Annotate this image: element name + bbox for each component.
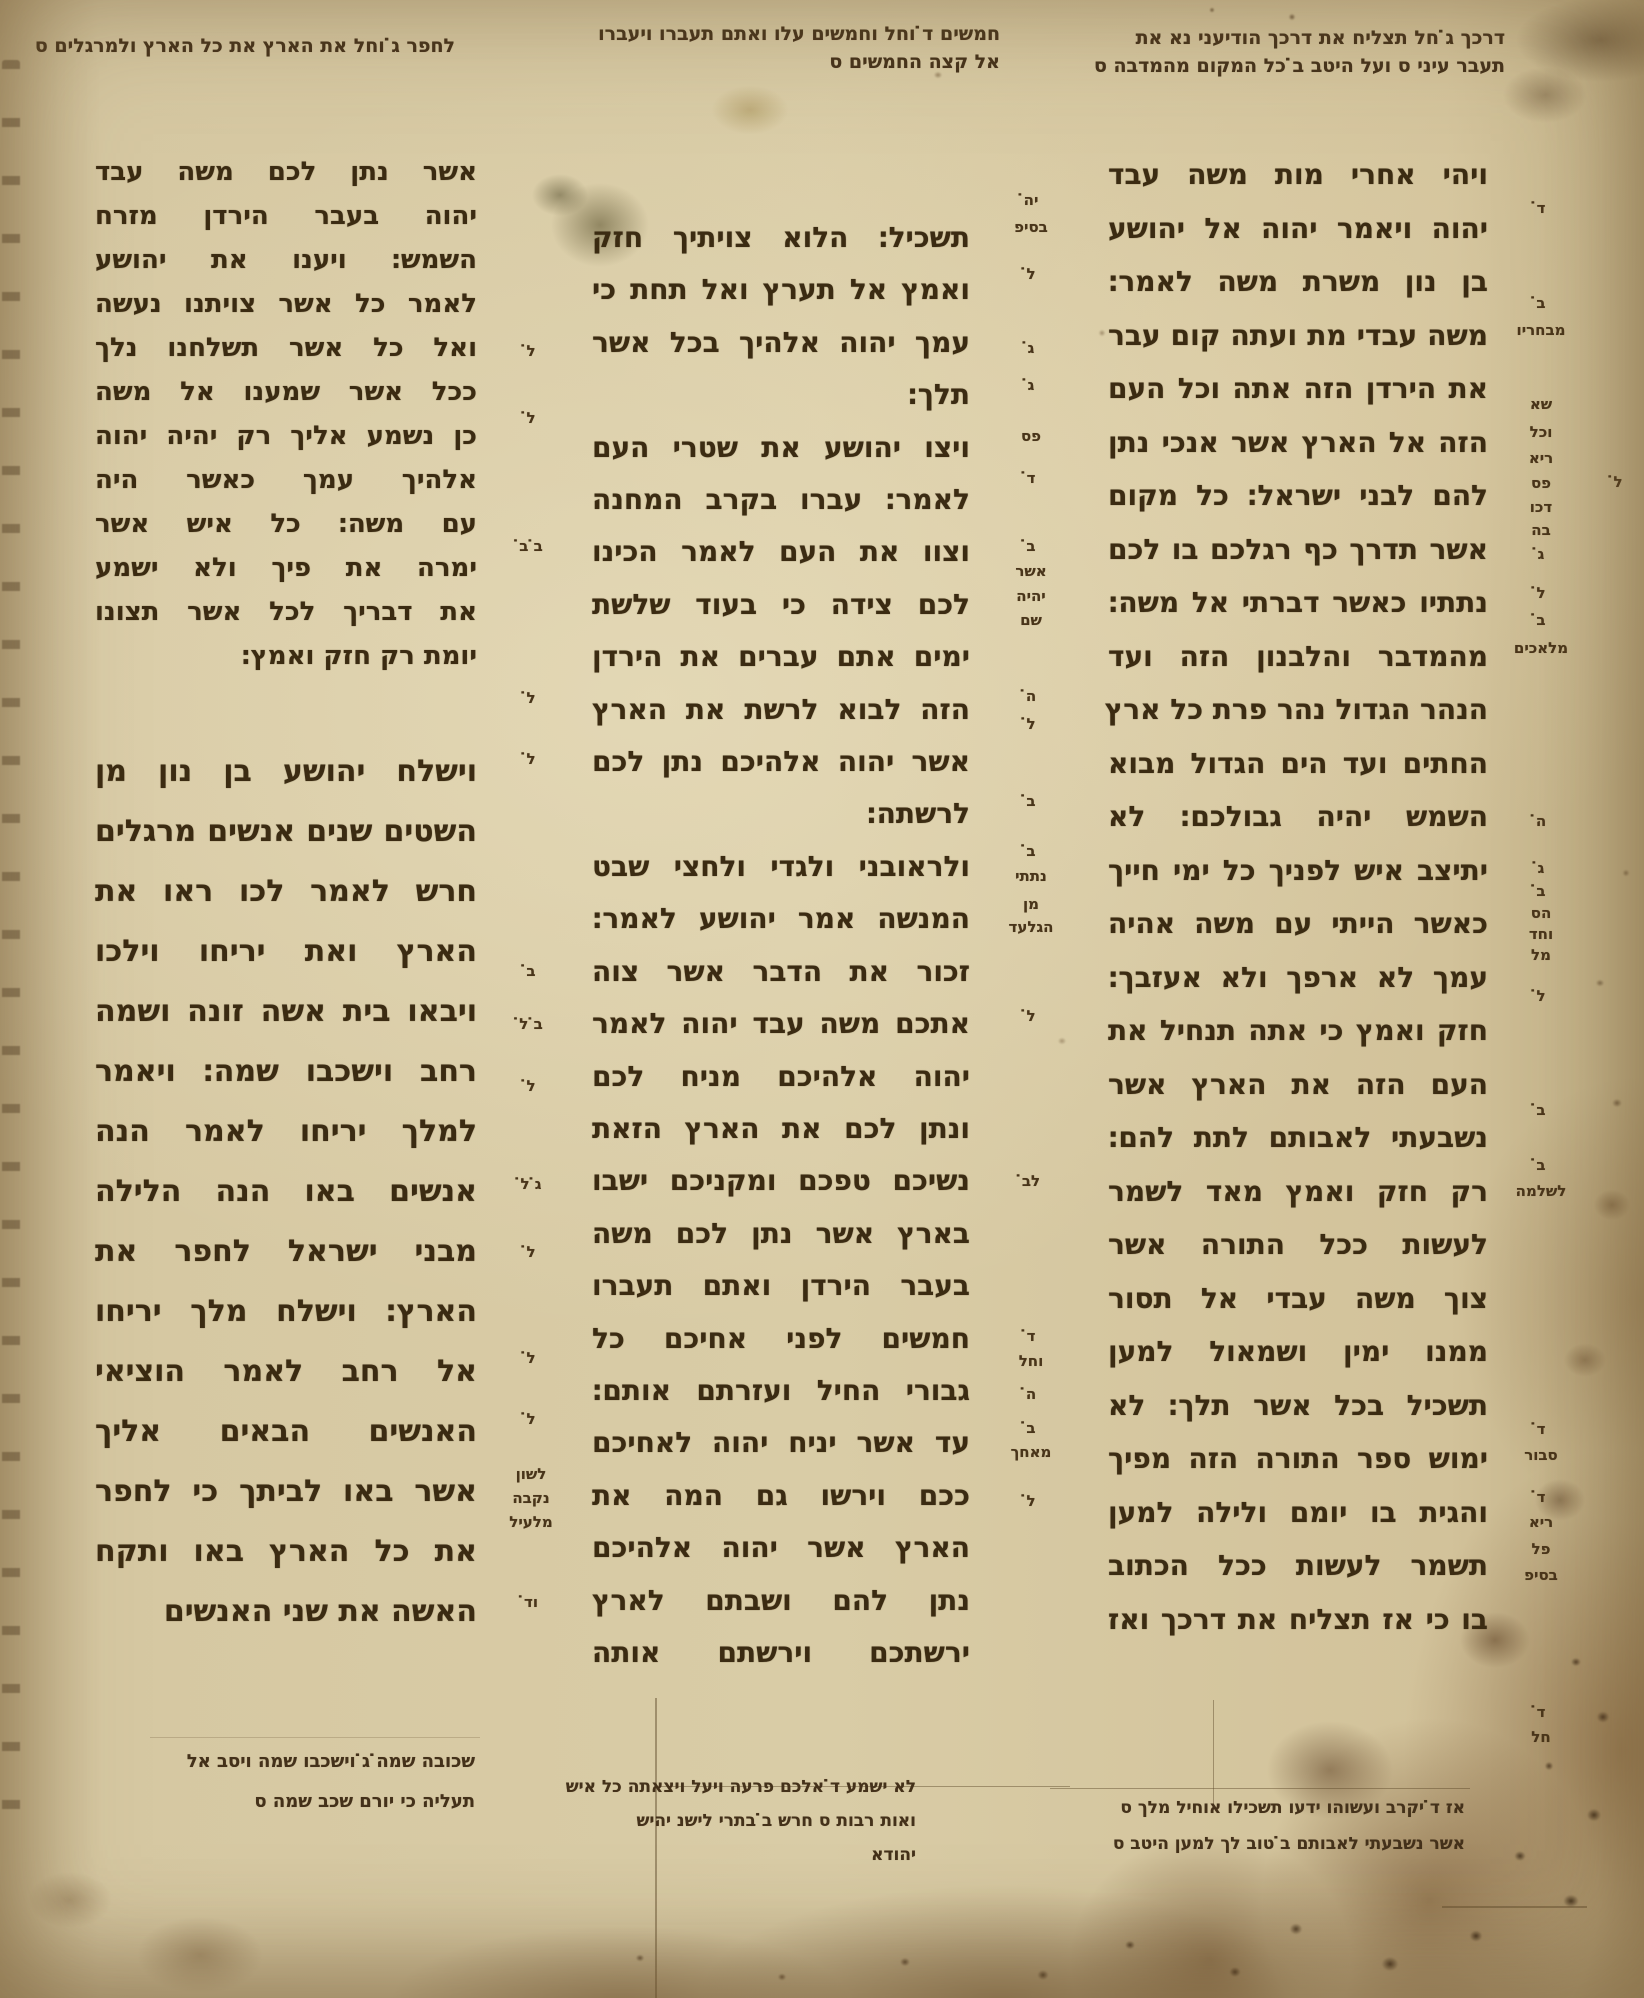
masorah-parva-note: ה̇ [1026,688,1036,705]
text-line: אשר תדרך כף רגלכם בו לכם [1108,523,1488,577]
masorah-parva-note: נתתי [1015,868,1047,885]
bottom-masorah-right: אז ד̇ יקרב ועשוהו ידעו תשכילו אוחיל מלך … [1035,1790,1465,1862]
masorah-parva-note: ב̇ ל̇ [519,1016,542,1033]
text-line: ונתן לכם את הארץ הזאת [592,1103,970,1155]
masorah-parva-note: דכו [1530,499,1552,516]
masorah-parva-note: יה̇ [1024,192,1039,209]
masorah-parva-note: ג̇ [1028,377,1035,394]
text-line: לכם צידה כי בעוד שלשת [592,579,970,631]
masorah-magna-line: ואות רבות ס חרש ב̇ בתרי לישנ יהיש [598,1804,916,1838]
text-line: תשכיל׃ הלוא צויתיך חזק [592,212,970,264]
masorah-parva-note: ה̇ [1536,813,1546,830]
text-line: תשמר לעשות ככל הכתוב [1108,1539,1488,1593]
masorah-magna-line: דרכך ג̇ חל תצליח את דרכך הודיעני נא את [1000,24,1505,52]
masorah-parva-note: הגלעד [1009,919,1054,936]
text-line: משה עבדי מת ועתה קום עבר [1108,309,1488,363]
text-line: גבורי החיל ועזרתם אותם׃ [592,1365,970,1417]
masorah-magna-line: תעבר עיני ס ועל היטב ב̇ כל המקום מהמדבה … [1000,52,1505,80]
masorah-parva-note: וד̇ [524,1594,538,1611]
masorah-parva-note: ל̇ [526,1350,535,1367]
text-line: הזה לבוא לרשת את הארץ [592,684,970,736]
text-line: אשר נתן לכם משה עבד [95,150,477,194]
text-line: וישלח יהושע בן נון מן [95,742,477,802]
text-line: ויצו יהושע את שטרי העם [592,422,970,474]
masorah-parva-note: פס [1021,428,1041,445]
text-line: עמך יהוה אלהיך בכל אשר [592,317,970,369]
text-line: יהוה בעבר הירדן מזרח [95,194,477,238]
text-line: בארץ אשר נתן לכם משה [592,1208,970,1260]
masorah-parva-note: ב̇ [1536,1102,1545,1119]
masorah-parva-note: שא [1530,396,1552,413]
masorah-parva-note: ד̇ [1537,1489,1546,1506]
masorah-magna-line: אז ד̇ יקרב ועשוהו ידעו תשכילו אוחיל מלך … [1035,1790,1465,1826]
text-line: הארץ ואת יריחו וילכו [95,922,477,982]
ruling-line [150,1737,480,1738]
masorah-parva-note: אשר [1015,563,1046,580]
text-line: ויהי אחרי מות משה עבד [1108,148,1488,202]
masorah-parva-note: מאחך [1011,1444,1052,1461]
masorah-parva-note: ב̇ [1536,1157,1545,1174]
text-line: ויבאו בית אשה זונה ושמה [95,982,477,1042]
text-line: הארץ אשר יהוה אלהיכם [592,1522,970,1574]
text-line: תלך׃ [592,369,970,421]
masorah-parva-note: ל̇ [526,690,535,707]
masorah-parva-note: ב̇ [1536,612,1545,629]
masorah-parva-note: פס [1531,475,1551,492]
masorah-parva-note: וכל [1530,424,1553,441]
text-line: המנשה אמר יהושע לאמר׃ [592,893,970,945]
text-line: עמך לא ארפך ולא אעזבך׃ [1108,951,1488,1005]
masorah-parva-note: ב̇ [1026,793,1035,810]
text-line: בו כי אז תצליח את דרכך ואז [1108,1593,1488,1647]
text-line: לאמר כל אשר צויתנו נעשה [95,282,477,326]
masorah-parva-note: חל [1531,1729,1550,1746]
masorah-parva-note: ל̇ [1026,266,1035,283]
text-column-center: תשכיל׃ הלוא צויתיך חזקואמץ אל תערץ ואל ת… [592,212,970,1679]
bottom-masorah-center: לא ישמע ד̇ אלכם פרעה ויעל ויצאתה כל אישו… [598,1770,916,1872]
text-line: כאשר הייתי עם משה אהיה [1108,897,1488,951]
masorah-parva-note: ב̇ [1536,883,1545,900]
masorah-parva-note: מלעיל [509,1514,552,1531]
masorah-magna-line: לחפר ג̇ וחל את הארץ את כל הארץ ולמרגלים … [95,32,455,60]
text-line: ואל כל אשר תשלחנו נלך [95,326,477,370]
text-line: את דבריך לכל אשר תצונו [95,590,477,634]
masorah-parva-note: ג̇ ל̇ [521,1176,542,1193]
text-line: את הירדן הזה אתה וכל העם [1108,362,1488,416]
masorah-parva-note: ל̇ [1613,474,1622,491]
masorah-parva-note: ב̇ [1026,538,1035,555]
masorah-magna-line: חמשים ד̇ וחל וחמשים עלו ואתם תעברו ויעבר… [455,20,1000,48]
text-line: ממנו ימין ושמאול למען [1108,1325,1488,1379]
text-line: בעבר הירדן ואתם תעברו [592,1260,970,1312]
text-line: צוך משה עבדי אל תסור [1108,1272,1488,1326]
masorah-parva-note: ד̇ [1027,470,1036,487]
masorah-parva-note: ב̇ ב̇ [519,538,543,555]
masorah-parva-note: נקבה [512,1490,549,1507]
text-line: האנשים הבאים אליך [95,1402,477,1462]
text-line: נתן להם ושבתם לארץ [592,1575,970,1627]
text-line: יומת רק חזק ואמץ׃ [95,634,477,678]
masorah-parva-note: ל̇ [1026,1008,1035,1025]
text-line: עד אשר יניח יהוה לאחיכם [592,1417,970,1469]
text-line: חרש לאמר לכו ראו את [95,862,477,922]
text-line: השטים שנים אנשים מרגלים [95,802,477,862]
masorah-parva-note: ד̇ [1537,1704,1546,1721]
masorah-parva-outer-right: ד̇ב̇מבחריושאוכלריאפסדכובהג̇ל̇ב̇מלאכיםה̇ג… [1494,0,1588,1998]
masorah-parva-note: ל̇ [526,1411,535,1428]
ruling-line [1050,1788,1470,1789]
text-line: כן נשמע אליך רק יהיה יהוה [95,414,477,458]
masorah-parva-note: ל̇ [526,410,535,427]
text-line: חזק ואמץ כי אתה תנחיל את [1108,1004,1488,1058]
masorah-parva-note: וחד [1529,926,1553,943]
masorah-parva-note: ב̇ [1536,295,1545,312]
masorah-parva-note: ג̇ [1538,860,1545,877]
masorah-parva-note: בסיפ [1014,219,1048,236]
text-line: רחב וישכבו שמה׃ ויאמר [95,1042,477,1102]
masorah-parva-note: לשון [516,1466,547,1483]
masorah-parva-note: בה [1531,522,1550,539]
text-line: יהוה אלהיכם מניח לכם [592,1051,970,1103]
masorah-parva-note: ל̇ [526,343,535,360]
masorah-parva-note: הס [1531,905,1552,922]
text-column-left-upper: אשר נתן לכם משה עבדיהוה בעבר הירדן מזרחה… [95,150,477,678]
text-line: אנשים באו הנה הלילה [95,1162,477,1222]
masorah-parva-note: מל [1531,947,1551,964]
masorah-parva-note: ל̇ [526,1244,535,1261]
bottom-masorah-left: שכובה שמה̇ ג̇ וישכבו שמה ויסב אלתעליה כי… [150,1742,475,1822]
text-line: ימרה את פיך ולא ישמע [95,546,477,590]
text-line: הזה אל הארץ אשר אנכי נתן [1108,416,1488,470]
text-line: החתים ועד הים הגדול מבוא [1108,737,1488,791]
text-line: את כל הארץ באו ותקח [95,1522,477,1582]
masorah-parva-note: מבחריו [1517,322,1566,339]
masorah-magna-line: לא ישמע ד̇ אלכם פרעה ויעל ויצאתה כל איש [598,1770,916,1804]
text-line: למלך יריחו לאמר הנה [95,1102,477,1162]
ruling-line [1442,1906,1587,1908]
text-line: אשר יהוה אלהיכם נתן לכם [592,736,970,788]
text-line: להם לבני ישראל׃ כל מקום [1108,469,1488,523]
text-line: אלהיך עמך כאשר היה [95,458,477,502]
masorah-parva-note: פל [1532,1541,1551,1558]
masorah-parva-note: מן [1023,896,1039,913]
text-line: זכור את הדבר אשר צוה [592,946,970,998]
text-line: ואמץ אל תערץ ואל תחת כי [592,264,970,316]
masorah-parva-note: ב̇ [1026,843,1035,860]
top-masorah-center: חמשים ד̇ וחל וחמשים עלו ואתם תעברו ויעבר… [455,20,1000,76]
text-line: ולראובני ולגדי ולחצי שבט [592,841,970,893]
text-line: ככל אשר שמענו אל משה [95,370,477,414]
text-line: הנהר הגדול נהר פרת כל ארץ [1108,683,1488,737]
masorah-parva-note: מלאכים [1514,640,1568,657]
masorah-parva-note: ד̇ [1027,1328,1036,1345]
masorah-parva-note: ל̇ [1536,988,1545,1005]
text-line: יתיצב איש לפניך כל ימי חייך [1108,844,1488,898]
text-line: יהוה ויאמר יהוה אל יהושע [1108,202,1488,256]
text-line: ימים אתם עברים את הירדן [592,631,970,683]
masorah-magna-line: אשר נשבעתי לאבותם ב̇ טוב לך למען היטב ס [1035,1826,1465,1862]
text-line: ימוש ספר התורה הזה מפיך [1108,1432,1488,1486]
masorah-parva-note: ג̇ [1028,340,1035,357]
text-line: מבני ישראל לחפר את [95,1222,477,1282]
text-line: לרשתה׃ [592,788,970,840]
text-line: אל רחב לאמר הוציאי [95,1342,477,1402]
masorah-parva-note: לשלמה [1516,1183,1567,1200]
text-line: לעשות ככל התורה אשר [1108,1218,1488,1272]
masorah-parva-note: ג̇ [1538,546,1545,563]
masorah-parva-note: ל̇ [1026,716,1035,733]
masorah-parva-note: ריא [1529,450,1553,467]
top-masorah-right: דרכך ג̇ חל תצליח את דרכך הודיעני נא אתתע… [1000,24,1505,80]
masorah-magna-line: יהודא [598,1838,916,1872]
text-line: נשיכם טפכם ומקניכם ישבו [592,1155,970,1207]
masorah-parva-note: יהיה [1016,588,1045,605]
masorah-parva-note: וחל [1019,1353,1044,1370]
text-line: השמש יהיה גבולכם׃ לא [1108,790,1488,844]
text-line: לאמר׃ עברו בקרב המחנה [592,474,970,526]
text-line: תשכיל בכל אשר תלך׃ לא [1108,1379,1488,1433]
masorah-parva-note: סבור [1524,1447,1558,1464]
masorah-parva-gutter-left-center: ל̇ל̇ב̇ ב̇ל̇ל̇ב̇ב̇ ל̇ל̇ג̇ ל̇ל̇ל̇ל̇לשוןנקב… [486,0,576,1998]
text-line: נתתיו כאשר דברתי אל משה׃ [1108,576,1488,630]
text-line: נשבעתי לאבותם לתת להם׃ [1108,1111,1488,1165]
masorah-parva-note: ל̇ [526,751,535,768]
masorah-magna-line: שכובה שמה̇ ג̇ וישכבו שמה ויסב אל [150,1742,475,1782]
masorah-parva-note: לב̇ [1022,1173,1040,1190]
text-line: בן נון משרת משה לאמר׃ [1108,255,1488,309]
text-line: העם הזה את הארץ אשר [1108,1058,1488,1112]
masorah-parva-note: ד̇ [1537,200,1546,217]
masorah-parva-note: ב̇ [526,963,535,980]
text-line: ירשתכם וירשתם אותה [592,1627,970,1679]
masorah-parva-note: ל̇ [526,1078,535,1095]
masorah-parva-note: ל̇ [1026,1493,1035,1510]
masorah-parva-note: שם [1020,612,1042,629]
masorah-magna-line: תעליה כי יורם שכב שמה ס [150,1782,475,1822]
text-line: עם משה׃ כל איש אשר [95,502,477,546]
masorah-parva-note: ל̇ [1536,585,1545,602]
text-column-left-lower: וישלח יהושע בן נון מןהשטים שנים אנשים מר… [95,742,477,1642]
text-line: הארץ׃ וישלח מלך יריחו [95,1282,477,1342]
text-column-right: ויהי אחרי מות משה עבדיהוה ויאמר יהוה אל … [1108,148,1488,1646]
text-line: אתכם משה עבד יהוה לאמר [592,998,970,1050]
left-page-edge-showthrough [2,60,20,1840]
text-line: חמשים לפני אחיכם כל [592,1313,970,1365]
masorah-parva-note: ד̇ [1537,1421,1546,1438]
text-line: מהמדבר והלבנון הזה ועד [1108,630,1488,684]
text-line: השמש׃ ויענו את יהושע [95,238,477,282]
masorah-parva-note: ריא [1529,1514,1553,1531]
masorah-magna-line: אל קצה החמשים ס [765,48,1000,76]
masorah-parva-gutter-right-center: יה̇בסיפל̇ג̇ג̇פסד̇ב̇אשריהיהשםה̇ל̇ב̇ב̇נתתי… [983,0,1079,1998]
top-masorah-left: לחפר ג̇ וחל את הארץ את כל הארץ ולמרגלים … [95,32,455,60]
text-line: והגית בו יומם ולילה למען [1108,1486,1488,1540]
masorah-parva-note: בסיפ [1524,1567,1558,1584]
masorah-parva-note: ב̇ [1026,1420,1035,1437]
masorah-parva-outer-edge: ל̇ [1598,0,1638,1998]
masorah-parva-note: ה̇ [1026,1386,1036,1403]
text-line: רק חזק ואמץ מאד לשמר [1108,1165,1488,1219]
text-line: וצוו את העם לאמר הכינו [592,526,970,578]
text-line: אשר באו לביתך כי לחפר [95,1462,477,1522]
manuscript-page: דרכך ג̇ חל תצליח את דרכך הודיעני נא אתתע… [0,0,1644,1998]
text-line: ככם וירשו גם המה את [592,1470,970,1522]
text-line: האשה את שני האנשים [95,1582,477,1642]
